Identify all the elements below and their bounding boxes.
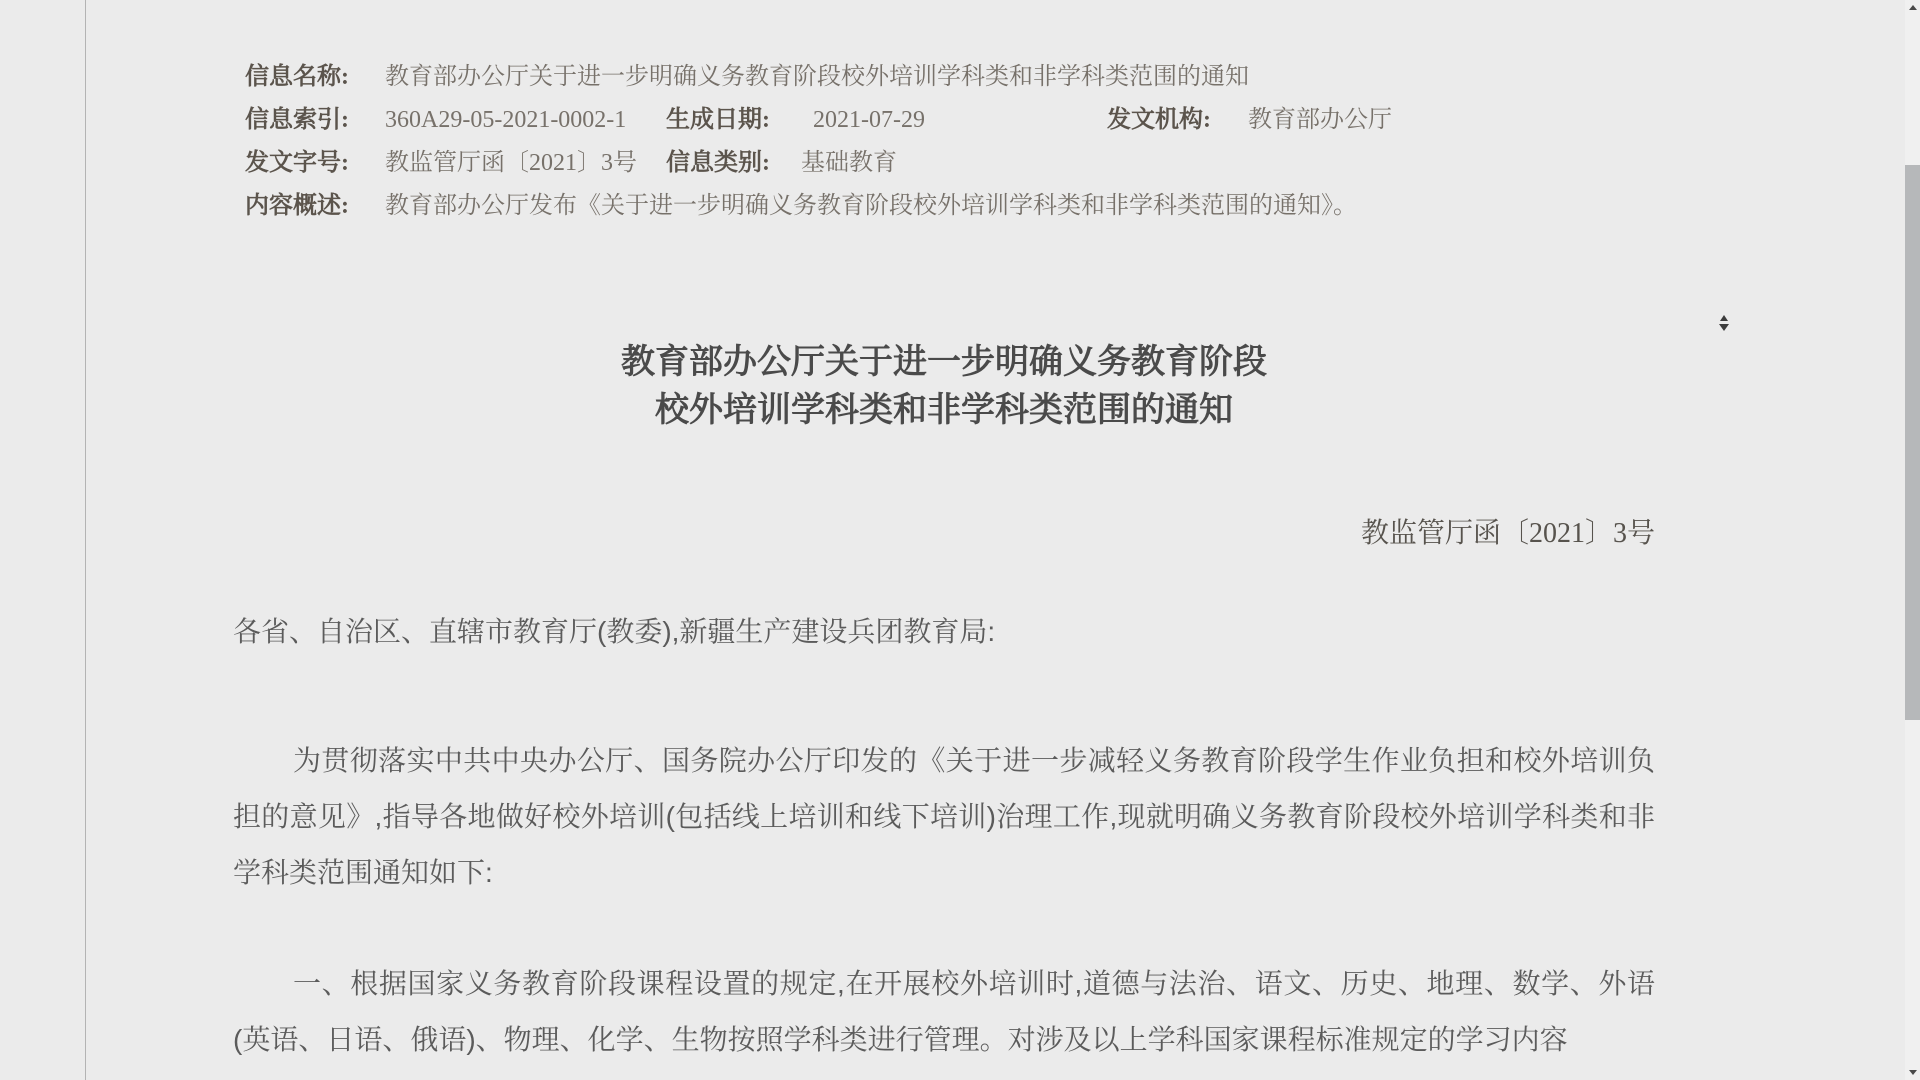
- autoscroll-indicator-icon: [1717, 315, 1731, 339]
- document-number: 教监管厅函〔2021〕3号: [233, 514, 1655, 554]
- body-paragraph-2: 一、根据国家义务教育阶段课程设置的规定,在开展校外培训时,道德与法治、语文、历史…: [233, 956, 1655, 1068]
- document-page: { "colors": { "page_bg": "#ebebeb", "met…: [0, 0, 1920, 1080]
- meta-row-index: 信息索引: 360A29-05-2021-0002-1 生成日期: 2021-0…: [245, 99, 1655, 142]
- meta-name-label: 信息名称:: [245, 56, 385, 99]
- scroll-down-button[interactable]: [1905, 1064, 1920, 1080]
- document-title-line1: 教育部办公厅关于进一步明确义务教育阶段: [233, 338, 1655, 386]
- meta-docno-label: 发文字号:: [245, 142, 385, 185]
- autoscroll-up-triangle-icon: [1720, 315, 1728, 321]
- meta-org-label: 发文机构:: [1107, 99, 1248, 142]
- meta-row-docno: 发文字号: 教监管厅函〔2021〕3号 信息类别: 基础教育: [245, 142, 1655, 185]
- meta-date-value: 2021-07-29: [813, 99, 1107, 142]
- vertical-scrollbar[interactable]: [1905, 0, 1920, 1080]
- body-paragraph-1: 为贯彻落实中共中央办公厅、国务院办公厅印发的《关于进一步减轻义务教育阶段学生作业…: [233, 733, 1655, 901]
- scrollbar-thumb[interactable]: [1905, 165, 1920, 720]
- document-title: 教育部办公厅关于进一步明确义务教育阶段 校外培训学科类和非学科类范围的通知: [233, 338, 1655, 434]
- meta-summary-value: 教育部办公厅发布《关于进一步明确义务教育阶段校外培训学科类和非学科类范围的通知》…: [385, 185, 1357, 228]
- document-content: 信息名称: 教育部办公厅关于进一步明确义务教育阶段校外培训学科类和非学科类范围的…: [233, 0, 1655, 1068]
- meta-row-summary: 内容概述: 教育部办公厅发布《关于进一步明确义务教育阶段校外培训学科类和非学科类…: [245, 185, 1655, 228]
- scroll-up-button[interactable]: [1905, 0, 1920, 16]
- autoscroll-down-triangle-icon: [1719, 324, 1729, 331]
- page-divider-line: [85, 0, 86, 1080]
- document-metadata: 信息名称: 教育部办公厅关于进一步明确义务教育阶段校外培训学科类和非学科类范围的…: [245, 56, 1655, 228]
- meta-name-value: 教育部办公厅关于进一步明确义务教育阶段校外培训学科类和非学科类范围的通知: [385, 56, 1249, 99]
- salutation: 各省、自治区、直辖市教育厅(教委),新疆生产建设兵团教育局:: [233, 604, 1655, 660]
- meta-index-label: 信息索引:: [245, 99, 385, 142]
- meta-docno-value: 教监管厅函〔2021〕3号: [385, 142, 666, 185]
- scroll-up-icon: [1909, 5, 1917, 10]
- meta-row-name: 信息名称: 教育部办公厅关于进一步明确义务教育阶段校外培训学科类和非学科类范围的…: [245, 56, 1655, 99]
- document-title-line2: 校外培训学科类和非学科类范围的通知: [233, 386, 1655, 434]
- meta-org-value: 教育部办公厅: [1248, 99, 1392, 142]
- meta-category-label: 信息类别:: [666, 142, 801, 185]
- meta-index-value: 360A29-05-2021-0002-1: [385, 99, 666, 142]
- scroll-down-icon: [1909, 1070, 1917, 1075]
- meta-date-label: 生成日期:: [666, 99, 813, 142]
- meta-summary-label: 内容概述:: [245, 185, 385, 228]
- meta-category-value: 基础教育: [801, 142, 897, 185]
